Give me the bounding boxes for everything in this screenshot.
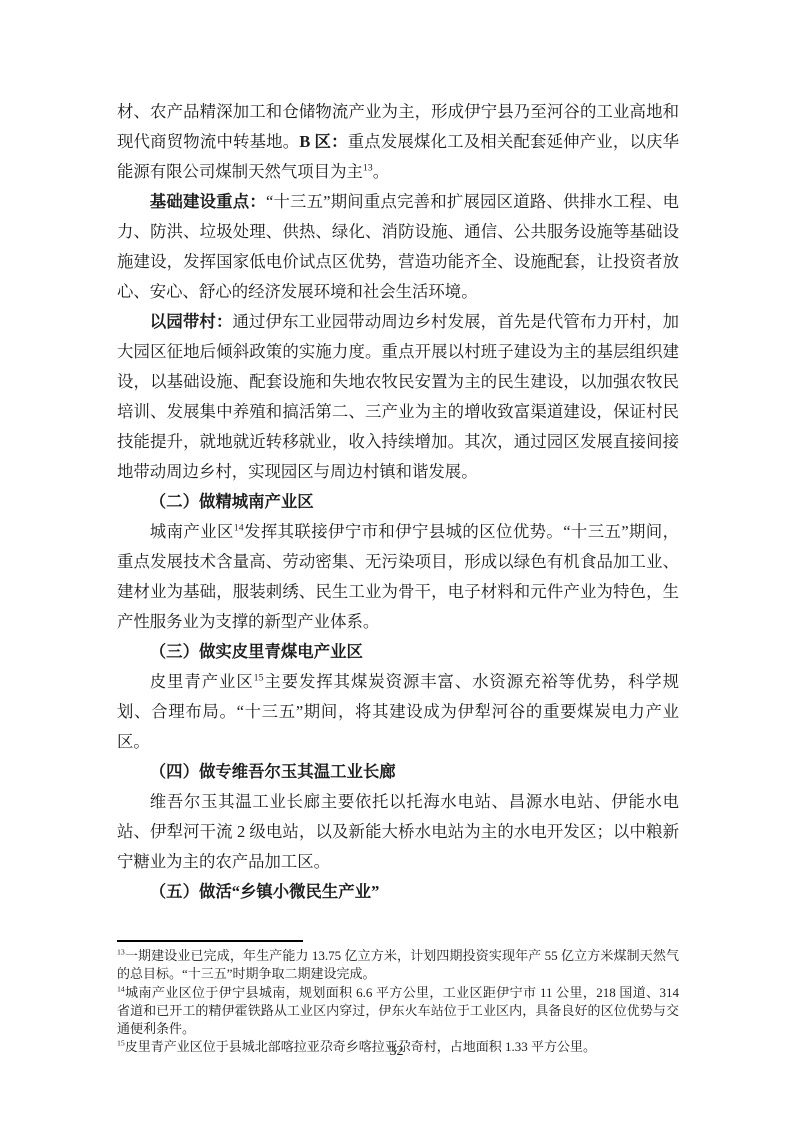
footnote-separator (117, 940, 303, 942)
infrastructure-lead: 基础建设重点： (150, 192, 266, 211)
paragraph-industrial-corridor: 维吾尔玉其温工业长廊主要依托以托海水电站、昌源水电站、伊能水电站、伊犁河干流 2… (117, 787, 679, 877)
paragraph-text: 通过伊东工业园带动周边乡村发展，首先是代管布力开村，加大园区征地后倾斜政策的实施… (117, 312, 679, 481)
paragraph-text: 皮里青产业区 (150, 672, 254, 691)
footnote-14-marker: 14 (117, 984, 125, 993)
heading-section-2: （二）做精城南产业区 (117, 487, 679, 517)
paragraph-chengnan-zone: 城南产业区14发挥其联接伊宁市和伊宁县城的区位优势。“十三五”期间，重点发展技术… (117, 517, 679, 637)
paragraph-park-drives-villages: 以园带村：通过伊东工业园带动周边乡村发展，首先是代管布力开村，加大园区征地后倾斜… (117, 307, 679, 487)
park-village-lead: 以园带村： (150, 312, 233, 331)
footnote-text: 城南产业区位于伊宁县城南，规划面积 6.6 平方公里，工业区距伊宁市 11 公里… (117, 985, 679, 1037)
paragraph-piliqing-zone: 皮里青产业区15主要发挥其煤炭资源丰富、水资源充裕等优势，科学规划、合理布局。“… (117, 667, 679, 757)
b-zone-label: B 区： (299, 132, 347, 151)
page-body: 材、农产品精深加工和仓储物流产业为主，形成伊宁县乃至河谷的工业高地和现代商贸物流… (117, 97, 679, 907)
footnote-13: 13一期建设业已完成，年生产能力 13.75 亿立方米，计划四期投资实现年产 5… (117, 947, 679, 984)
paragraph-text: 维吾尔玉其温工业长廊主要依托以托海水电站、昌源水电站、伊能水电站、伊犁河干流 2… (117, 792, 679, 871)
footnote-text: 一期建设业已完成，年生产能力 13.75 亿立方米，计划四期投资实现年产 55 … (117, 948, 679, 981)
page-number: 32 (0, 1043, 793, 1061)
footnote-13-marker: 13 (117, 948, 125, 957)
paragraph-infrastructure-focus: 基础建设重点：“十三五”期间重点完善和扩展园区道路、供排水工程、电力、防洪、垃圾… (117, 187, 679, 307)
paragraph-text: 。 (373, 162, 389, 181)
footnote-ref-15: 15 (254, 673, 264, 684)
footnote-ref-13: 13 (363, 163, 373, 174)
paragraph-a-zone: 材、农产品精深加工和仓储物流产业为主，形成伊宁县乃至河谷的工业高地和现代商贸物流… (117, 97, 679, 187)
heading-section-3: （三）做实皮里青煤电产业区 (117, 637, 679, 667)
footnote-ref-14: 14 (234, 523, 244, 534)
footnotes-section: 13一期建设业已完成，年生产能力 13.75 亿立方米，计划四期投资实现年产 5… (117, 940, 679, 1057)
heading-section-4: （四）做专维吾尔玉其温工业长廊 (117, 757, 679, 787)
footnote-14: 14城南产业区位于伊宁县城南，规划面积 6.6 平方公里，工业区距伊宁市 11 … (117, 984, 679, 1039)
heading-section-5: （五）做活“乡镇小微民生产业” (117, 877, 679, 907)
document-page: 材、农产品精深加工和仓储物流产业为主，形成伊宁县乃至河谷的工业高地和现代商贸物流… (0, 0, 793, 1122)
paragraph-text: 城南产业区 (150, 522, 234, 541)
